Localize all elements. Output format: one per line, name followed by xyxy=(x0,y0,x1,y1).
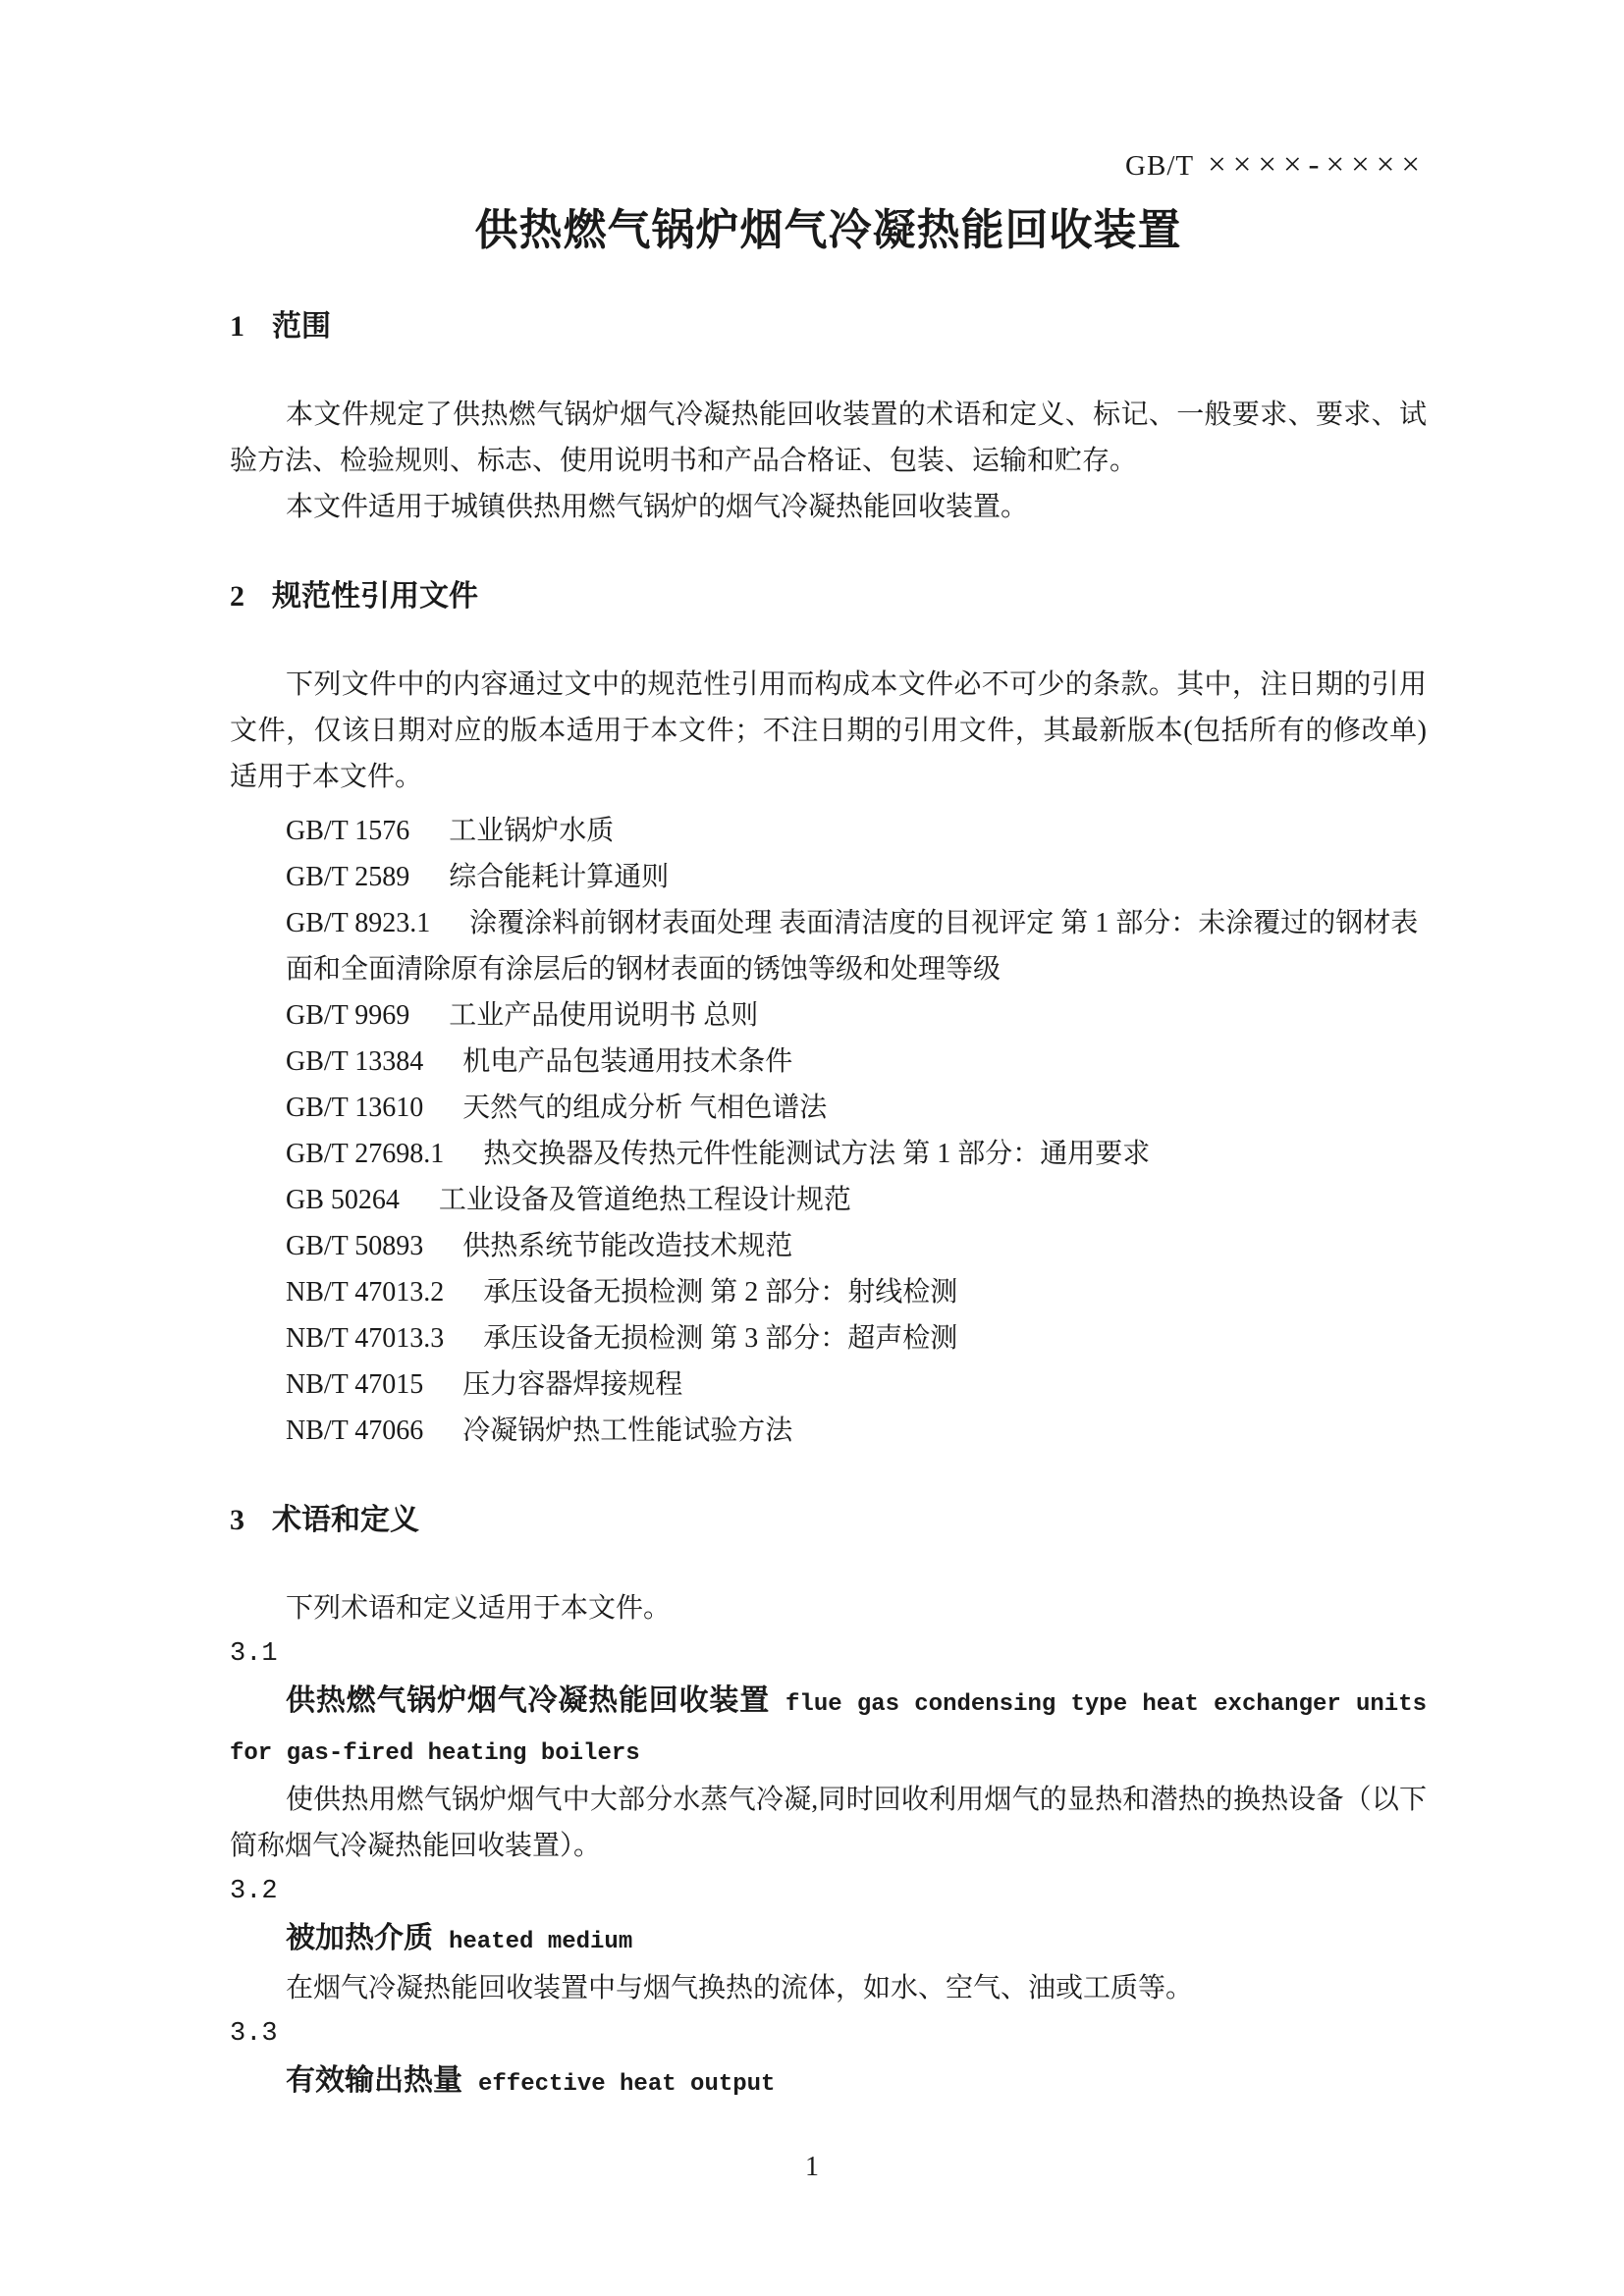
standard-code-number: ××××-×××× xyxy=(1208,147,1427,183)
section-1-paragraph-2: 本文件适用于城镇供热用燃气锅炉的烟气冷凝热能回收装置。 xyxy=(230,484,1427,530)
reference-item: NB/T 47066冷凝锅炉热工性能试验方法 xyxy=(286,1408,1427,1454)
reference-title: 工业锅炉水质 xyxy=(449,816,614,846)
reference-code: GB/T 13610 xyxy=(286,1093,423,1123)
terms-intro: 下列术语和定义适用于本文件。 xyxy=(230,1585,1427,1631)
reference-list: GB/T 1576工业锅炉水质 GB/T 2589综合能耗计算通则 GB/T 8… xyxy=(230,808,1427,1454)
clause-number: 3.3 xyxy=(230,2011,1427,2057)
reference-title: 工业设备及管道绝热工程设计规范 xyxy=(439,1185,851,1215)
reference-item: GB/T 27698.1热交换器及传热元件性能测试方法 第 1 部分：通用要求 xyxy=(286,1131,1427,1177)
reference-item: GB/T 2589综合能耗计算通则 xyxy=(286,854,1427,900)
section-2-title: 规范性引用文件 xyxy=(272,580,478,613)
term-zh: 被加热介质 xyxy=(286,1922,433,1954)
document-title: 供热燃气锅炉烟气冷凝热能回收装置 xyxy=(230,201,1427,260)
reference-code: GB/T 27698.1 xyxy=(286,1139,444,1169)
reference-title: 涂覆涂料前钢材表面处理 表面清洁度的目视评定 第 1 部分：未涂覆过的钢材表面和… xyxy=(286,908,1418,985)
reference-code: NB/T 47013.3 xyxy=(286,1323,444,1354)
reference-title: 供热系统节能改造技术规范 xyxy=(462,1231,792,1261)
reference-title: 承压设备无损检测 第 3 部分：超声检测 xyxy=(483,1323,957,1354)
standard-code: GB/T××××-×××× xyxy=(230,145,1427,186)
section-1-number: 1 xyxy=(230,310,244,343)
standard-code-prefix: GB/T xyxy=(1125,150,1194,182)
page-number: 1 xyxy=(0,2144,1624,2190)
reference-title: 综合能耗计算通则 xyxy=(449,862,669,892)
reference-code: GB/T 1576 xyxy=(286,816,409,846)
section-2-heading: 2规范性引用文件 xyxy=(230,575,1427,618)
reference-title: 工业产品使用说明书 总则 xyxy=(449,1000,758,1031)
reference-item: GB/T 8923.1涂覆涂料前钢材表面处理 表面清洁度的目视评定 第 1 部分… xyxy=(286,900,1427,992)
section-3-number: 3 xyxy=(230,1504,244,1536)
term-en: heated medium xyxy=(449,1929,632,1955)
clause-number: 3.1 xyxy=(230,1631,1427,1678)
term-block-3-1: 3.1 供热燃气锅炉烟气冷凝热能回收装置flue gas condensing … xyxy=(230,1631,1427,1869)
reference-code: GB/T 9969 xyxy=(286,1000,409,1031)
reference-title: 压力容器焊接规程 xyxy=(462,1369,682,1400)
section-3-title: 术语和定义 xyxy=(272,1504,419,1536)
term-block-3-2: 3.2 被加热介质heated medium 在烟气冷凝热能回收装置中与烟气换热… xyxy=(230,1869,1427,2011)
reference-title: 热交换器及传热元件性能测试方法 第 1 部分：通用要求 xyxy=(483,1139,1150,1169)
reference-item: GB/T 9969工业产品使用说明书 总则 xyxy=(286,992,1427,1039)
reference-item: GB/T 13384机电产品包装通用技术条件 xyxy=(286,1039,1427,1085)
term-zh: 供热燃气锅炉烟气冷凝热能回收装置 xyxy=(286,1684,770,1717)
section-3-heading: 3术语和定义 xyxy=(230,1499,1427,1542)
reference-code: NB/T 47015 xyxy=(286,1369,423,1400)
reference-item: GB 50264工业设备及管道绝热工程设计规范 xyxy=(286,1177,1427,1223)
clause-number: 3.2 xyxy=(230,1869,1427,1915)
reference-title: 承压设备无损检测 第 2 部分：射线检测 xyxy=(483,1277,957,1308)
reference-title: 天然气的组成分析 气相色谱法 xyxy=(462,1093,827,1123)
term-block-3-3: 3.3 有效输出热量effective heat output xyxy=(230,2011,1427,2108)
section-1-paragraph-1: 本文件规定了供热燃气锅炉烟气冷凝热能回收装置的术语和定义、标记、一般要求、要求、… xyxy=(230,392,1427,484)
term-line: 供热燃气锅炉烟气冷凝热能回收装置flue gas condensing type… xyxy=(230,1678,1427,1777)
section-1-heading: 1范围 xyxy=(230,305,1427,348)
section-2-paragraph-1: 下列文件中的内容通过文中的规范性引用而构成本文件必不可少的条款。其中，注日期的引… xyxy=(230,662,1427,800)
reference-code: GB/T 50893 xyxy=(286,1231,423,1261)
reference-item: GB/T 50893供热系统节能改造技术规范 xyxy=(286,1223,1427,1269)
reference-item: NB/T 47013.2承压设备无损检测 第 2 部分：射线检测 xyxy=(286,1269,1427,1315)
term-definition: 在烟气冷凝热能回收装置中与烟气换热的流体，如水、空气、油或工质等。 xyxy=(230,1965,1427,2011)
reference-code: NB/T 47066 xyxy=(286,1415,423,1446)
reference-item: GB/T 13610天然气的组成分析 气相色谱法 xyxy=(286,1085,1427,1131)
reference-code: NB/T 47013.2 xyxy=(286,1277,444,1308)
document-page: GB/T××××-×××× 供热燃气锅炉烟气冷凝热能回收装置 1范围 本文件规定… xyxy=(0,0,1624,2296)
term-definition: 使供热用燃气锅炉烟气中大部分水蒸气冷凝,同时回收利用烟气的显热和潜热的换热设备（… xyxy=(230,1777,1427,1869)
reference-item: GB/T 1576工业锅炉水质 xyxy=(286,808,1427,854)
term-en: effective heat output xyxy=(478,2071,775,2098)
reference-title: 冷凝锅炉热工性能试验方法 xyxy=(462,1415,792,1446)
reference-item: NB/T 47013.3承压设备无损检测 第 3 部分：超声检测 xyxy=(286,1315,1427,1362)
reference-code: GB/T 8923.1 xyxy=(286,908,430,938)
reference-code: GB/T 2589 xyxy=(286,862,409,892)
reference-title: 机电产品包装通用技术条件 xyxy=(462,1046,792,1077)
term-zh: 有效输出热量 xyxy=(286,2064,462,2097)
page-content: GB/T××××-×××× 供热燃气锅炉烟气冷凝热能回收装置 1范围 本文件规定… xyxy=(0,0,1624,2108)
term-line: 被加热介质heated medium xyxy=(230,1915,1427,1965)
reference-item: NB/T 47015压力容器焊接规程 xyxy=(286,1362,1427,1408)
term-line: 有效输出热量effective heat output xyxy=(230,2057,1427,2108)
reference-code: GB 50264 xyxy=(286,1185,400,1215)
section-2-number: 2 xyxy=(230,580,244,613)
reference-code: GB/T 13384 xyxy=(286,1046,423,1077)
section-1-title: 范围 xyxy=(272,310,331,343)
